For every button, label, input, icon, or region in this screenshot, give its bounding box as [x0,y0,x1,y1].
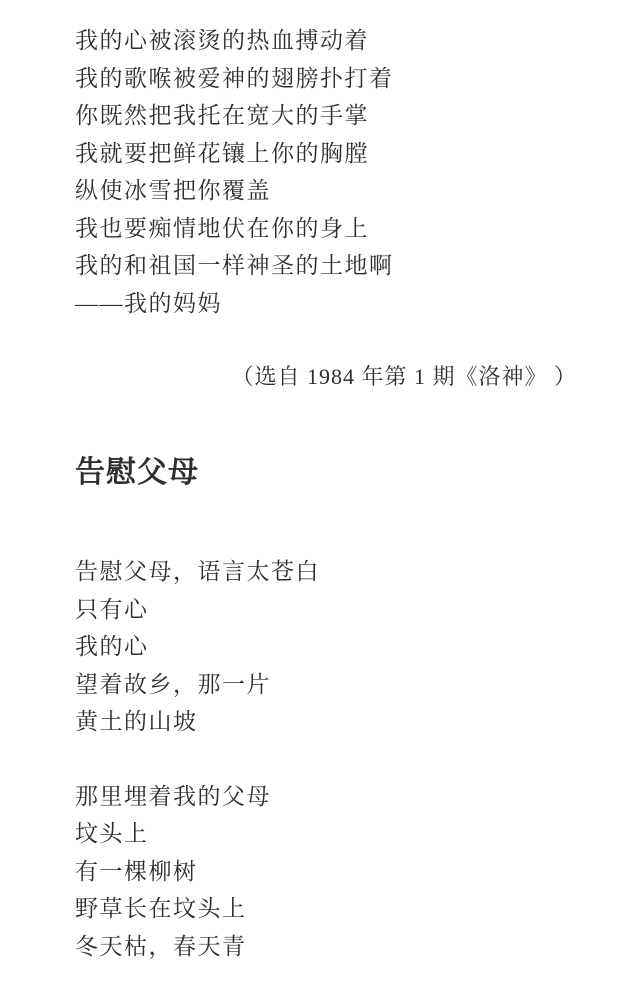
poem-line: 那里埋着我的父母 [75,778,640,816]
poem-line: 告慰父母，语言太苍白 [75,553,640,591]
poem-stanza-2: 那里埋着我的父母 坟头上 有一棵柳树 野草长在坟头上 冬天枯，春天青 [75,778,640,966]
poem-line: 我的和祖国一样神圣的土地啊 [75,247,640,285]
poem-line: 我的歌喉被爱神的翅膀扑打着 [75,60,640,98]
document-page: 我的心被滚烫的热血搏动着 我的歌喉被爱神的翅膀扑打着 你既然把我托在宽大的手掌 … [0,0,640,986]
poem-line: 黄土的山坡 [75,703,640,741]
poem-line: 你既然把我托在宽大的手掌 [75,97,640,135]
poem-line: 我也要痴情地伏在你的身上 [75,210,640,248]
poem-title: 告慰父母 [75,453,640,493]
poem-line: 纵使冰雪把你覆盖 [75,172,640,210]
poem-line: 只有心 [75,591,640,629]
page-content: 我的心被滚烫的热血搏动着 我的歌喉被爱神的翅膀扑打着 你既然把我托在宽大的手掌 … [0,0,640,965]
poem-line: 望着故乡，那一片 [75,666,640,704]
poem-line: 我就要把鲜花镶上你的胸膛 [75,135,640,173]
poem-line: 有一棵柳树 [75,853,640,891]
poem-stanza-1: 告慰父母，语言太苍白 只有心 我的心 望着故乡，那一片 黄土的山坡 [75,553,640,741]
poem-line: 坟头上 [75,815,640,853]
poem-ending-stanza: 我的心被滚烫的热血搏动着 我的歌喉被爱神的翅膀扑打着 你既然把我托在宽大的手掌 … [75,22,640,322]
poem-line: 野草长在坟头上 [75,890,640,928]
poem-dedication-line: ——我的妈妈 [75,285,640,323]
poem-line: 我的心被滚烫的热血搏动着 [75,22,640,60]
poem-attribution: （选自 1984 年第 1 期《洛神》 ） [75,358,577,395]
poem-line: 冬天枯，春天青 [75,928,640,966]
poem-line: 我的心 [75,628,640,666]
